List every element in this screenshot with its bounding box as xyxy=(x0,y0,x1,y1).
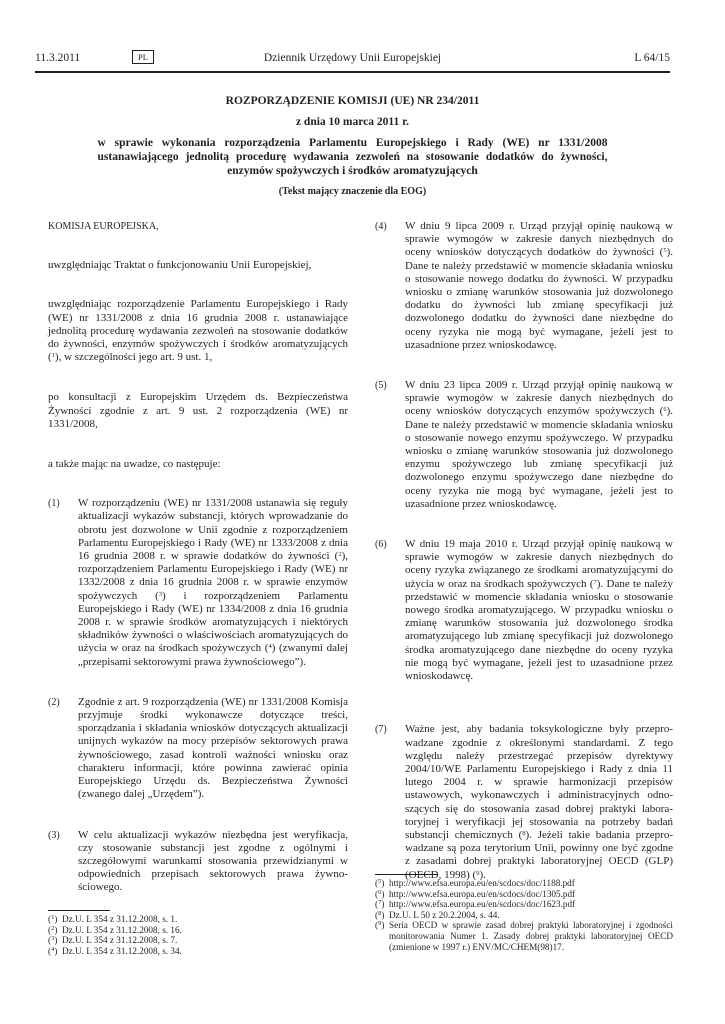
page-header: 11.3.2011 PL Dziennik Urzędowy Unii Euro… xyxy=(35,52,670,72)
recital-4: (4) W dniu 9 lipca 2009 r. Urząd przyjął… xyxy=(375,220,673,352)
left-column: KOMISJA EUROPEJSKA, uwzględniając Trakta… xyxy=(48,220,348,895)
recital-number: (1) xyxy=(48,497,60,510)
journal-title: Dziennik Urzędowy Unii Europejskiej xyxy=(35,52,670,64)
regulation-date: z dnia 10 marca 2011 r. xyxy=(35,115,670,129)
footnote-1: (1)Dz.U. L 354 z 31.12.2008, s. 1. xyxy=(48,914,348,925)
recital-6: (6) W dniu 19 maja 2010 r. Urząd przyjął… xyxy=(375,538,673,683)
footnote-7: (7)http://www.efsa.europa.eu/en/scdocs/d… xyxy=(375,899,673,910)
footnotes-left: (1)Dz.U. L 354 z 31.12.2008, s. 1. (2)Dz… xyxy=(48,910,348,956)
recital-2: (2) Zgodnie z art. 9 rozporządzenia (WE)… xyxy=(48,696,348,802)
footnote-divider xyxy=(48,910,110,911)
recital-number: (7) xyxy=(375,723,387,736)
eea-relevance-note: (Tekst mający znaczenie dla EOG) xyxy=(35,185,670,198)
regulation-subject: w sprawie wykonania rozporządzenia Parla… xyxy=(98,136,608,178)
footnote-4: (4)Dz.U. L 354 z 31.12.2008, s. 34. xyxy=(48,946,348,957)
recital-number: (6) xyxy=(375,538,387,551)
recital-number: (4) xyxy=(375,220,387,233)
document-page: 11.3.2011 PL Dziennik Urzędowy Unii Euro… xyxy=(0,0,725,1024)
citation-treaty: uwzględniając Traktat o funkcjonowaniu U… xyxy=(48,259,348,272)
recital-number: (5) xyxy=(375,379,387,392)
whereas-intro: a także mając na uwadze, co następuje: xyxy=(48,458,348,471)
recital-7: (7) Ważne jest, aby badania toksykologic… xyxy=(375,723,673,881)
footnote-link[interactable]: http://www.efsa.europa.eu/en/scdocs/doc/… xyxy=(389,889,575,899)
issuer: KOMISJA EUROPEJSKA, xyxy=(48,220,348,233)
recital-number: (3) xyxy=(48,829,60,842)
recital-5: (5) W dniu 23 lipca 2009 r. Urząd przyją… xyxy=(375,379,673,511)
footnote-8: (8)Dz.U. L 50 z 20.2.2004, s. 44. xyxy=(375,910,673,921)
recital-1: (1) W rozporządzeniu (WE) nr 1331/2008 u… xyxy=(48,497,348,669)
title-block: ROZPORZĄDZENIE KOMISJI (UE) NR 234/2011 … xyxy=(35,94,670,198)
header-divider xyxy=(35,71,670,73)
regulation-title: ROZPORZĄDZENIE KOMISJI (UE) NR 234/2011 xyxy=(35,94,670,108)
citation-consultation: po konsultacji z Europejskim Urzędem ds.… xyxy=(48,391,348,431)
footnote-3: (3)Dz.U. L 354 z 31.12.2008, s. 7. xyxy=(48,935,348,946)
recital-number: (2) xyxy=(48,696,60,709)
footnote-6: (6)http://www.efsa.europa.eu/en/scdocs/d… xyxy=(375,889,673,900)
page-number: L 64/15 xyxy=(634,52,670,64)
footnote-5: (5)http://www.efsa.europa.eu/en/scdocs/d… xyxy=(375,878,673,889)
footnote-9: (9)Seria OECD w sprawie zasad dobrej pra… xyxy=(375,920,673,952)
footnote-link[interactable]: http://www.efsa.europa.eu/en/scdocs/doc/… xyxy=(389,878,575,888)
recital-3: (3) W celu aktualizacji wykazów niezbędn… xyxy=(48,829,348,895)
citation-regulation: uwzględniając rozporządzenie Parlamentu … xyxy=(48,298,348,364)
footnotes-right: (5)http://www.efsa.europa.eu/en/scdocs/d… xyxy=(375,874,673,952)
footnote-link[interactable]: http://www.efsa.europa.eu/en/scdocs/doc/… xyxy=(389,899,575,909)
right-column: (4) W dniu 9 lipca 2009 r. Urząd przyjął… xyxy=(375,220,673,882)
footnote-2: (2)Dz.U. L 354 z 31.12.2008, s. 16. xyxy=(48,925,348,936)
footnote-divider xyxy=(375,874,437,875)
